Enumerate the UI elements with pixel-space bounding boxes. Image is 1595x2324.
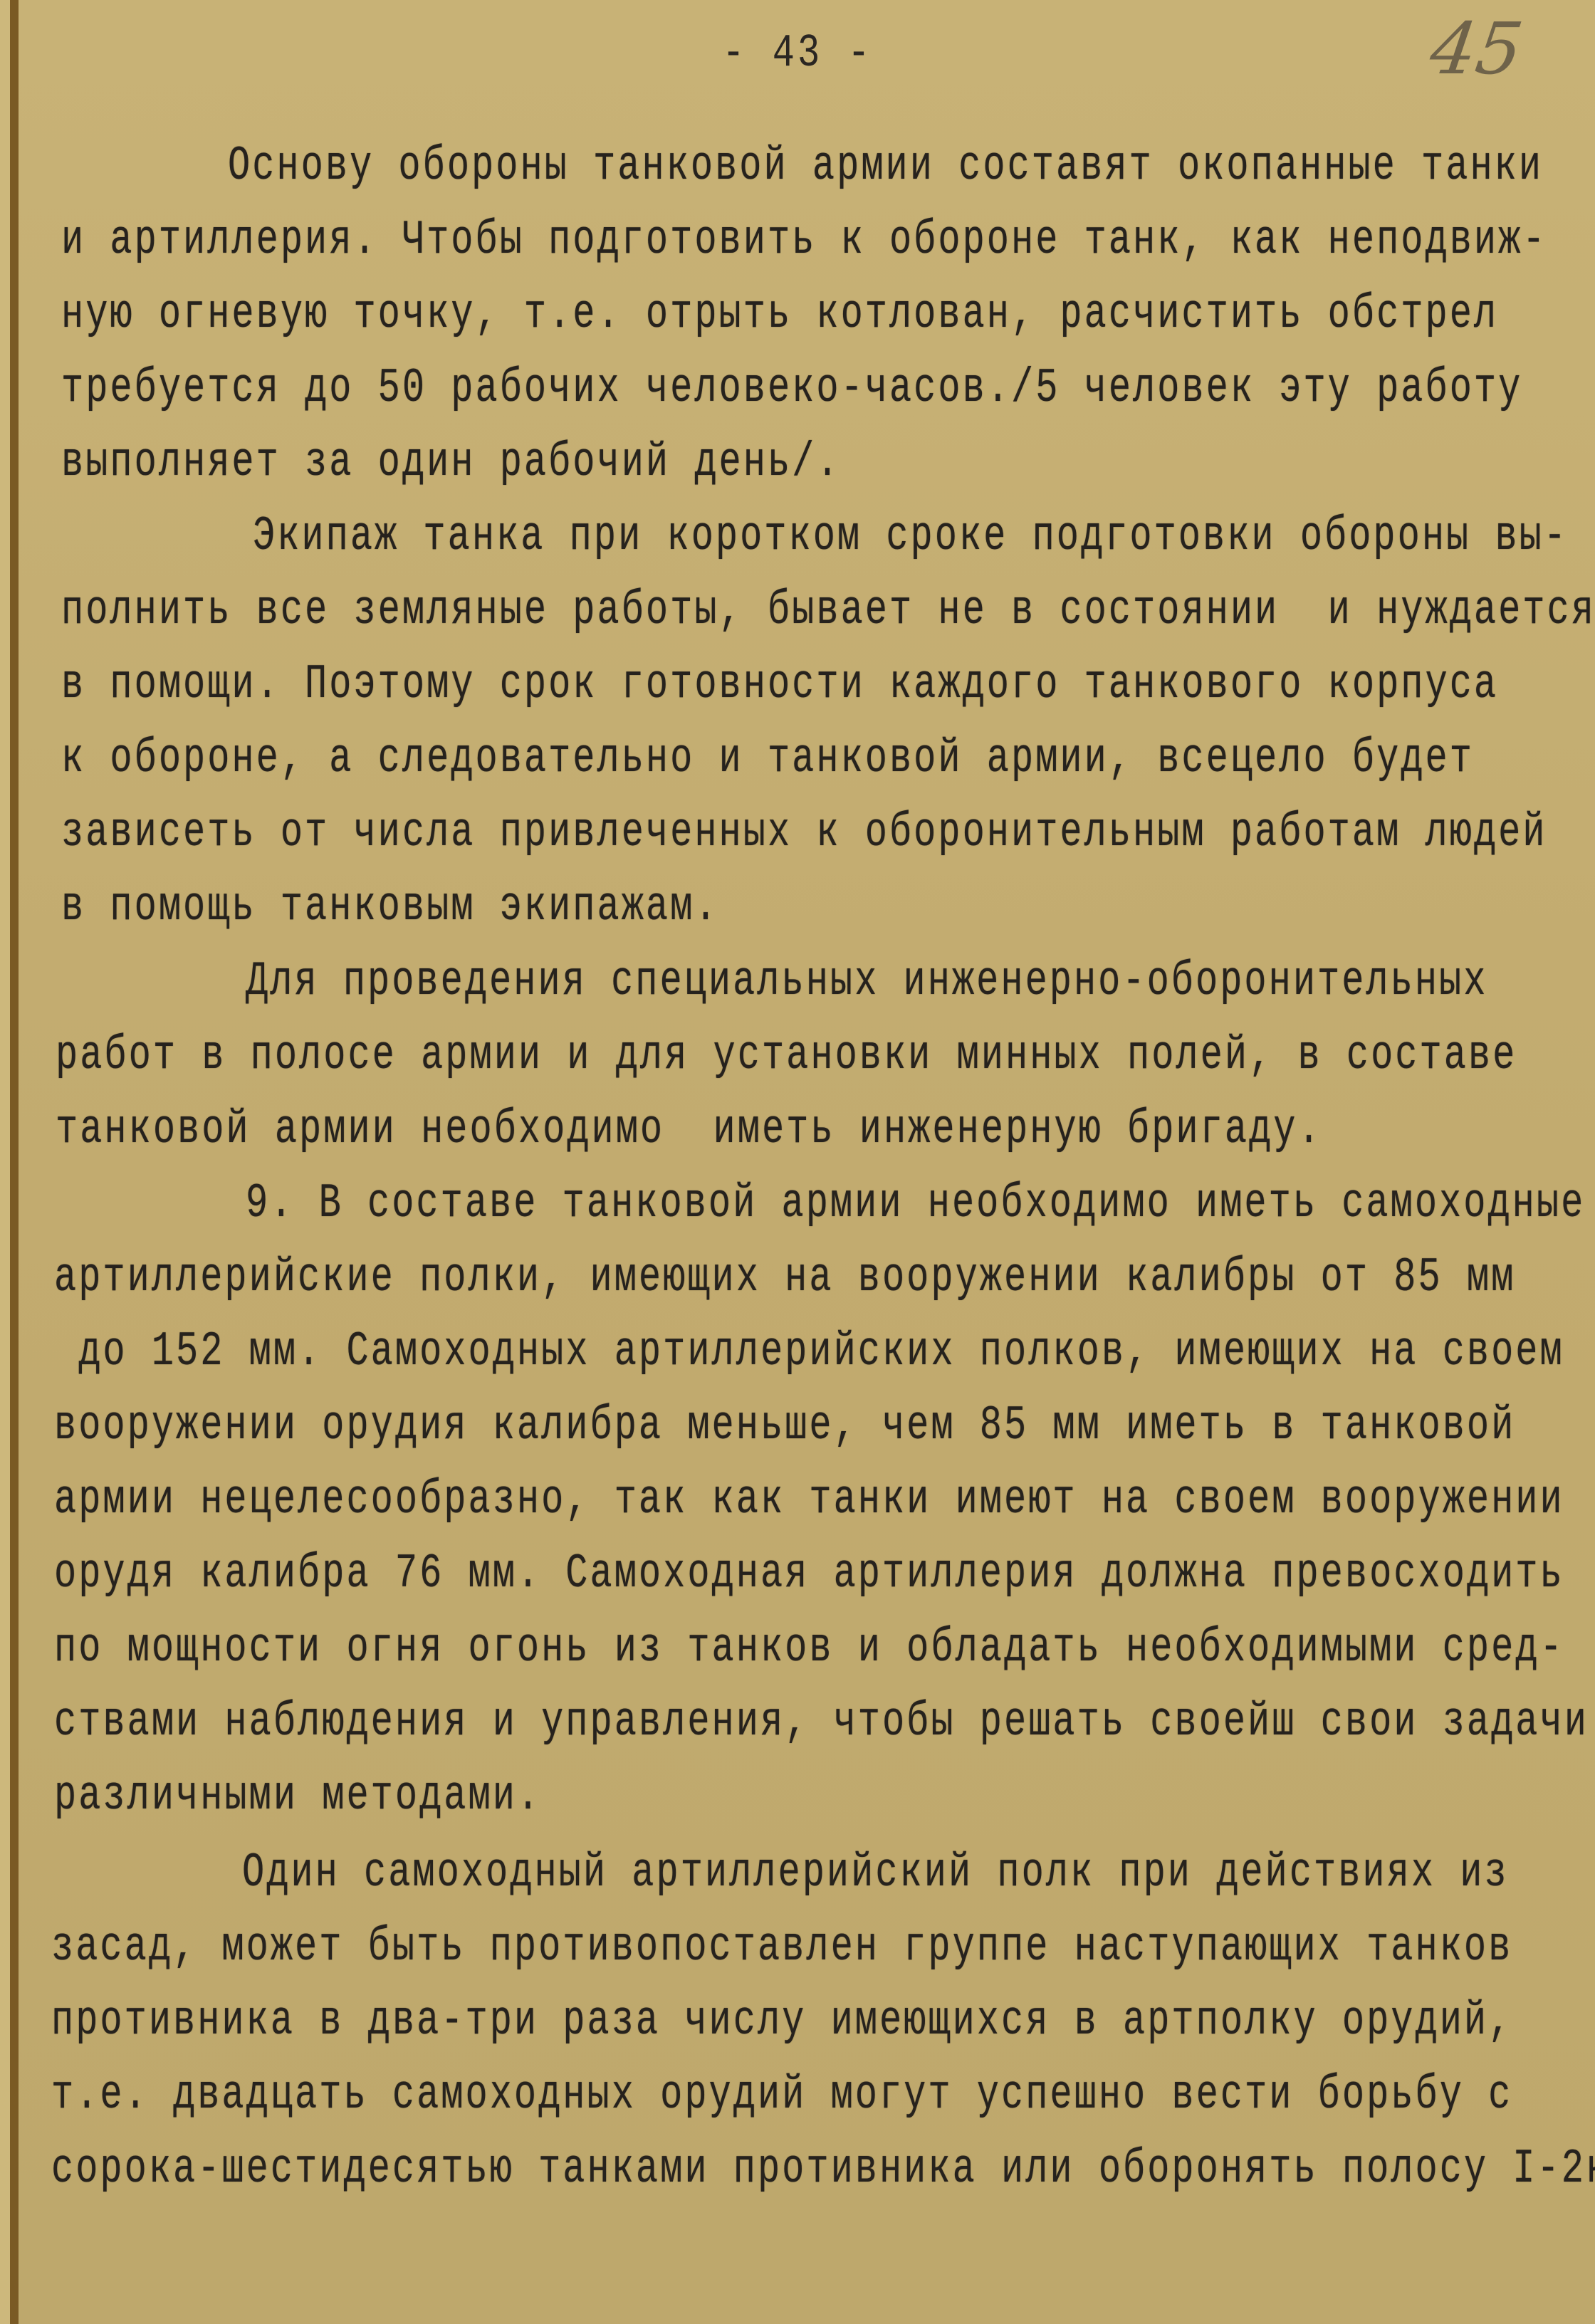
text-line: до 152 мм. Самоходных артиллерийских пол…: [54, 1324, 1564, 1379]
text-line: в помощи. Поэтому срок готовности каждог…: [61, 657, 1498, 712]
text-line: различными методами.: [54, 1769, 541, 1823]
text-line: зависеть от числа привлеченных к оборони…: [61, 805, 1547, 860]
text-line: танковой армии необходимо иметь инженерн…: [56, 1102, 1322, 1157]
text-line: 9. В составе танковой армии необходимо и…: [246, 1176, 1585, 1231]
text-line: и артиллерия. Чтобы подготовить к оборон…: [61, 213, 1547, 268]
text-line: Экипаж танка при коротком сроке подготов…: [253, 509, 1568, 564]
text-line: ствами наблюдения и управления, чтобы ре…: [54, 1695, 1589, 1749]
archive-folio-number: 45: [1426, 7, 1528, 90]
text-line: вооружении орудия калибра меньше, чем 85…: [54, 1398, 1515, 1453]
text-line: т.е. двадцать самоходных орудий могут ус…: [51, 2068, 1512, 2123]
text-line: ную огневую точку, т.е. отрыть котлован,…: [61, 287, 1498, 342]
text-line: противника в два-три раза числу имеющихс…: [51, 1994, 1512, 2048]
page-number: - 43 -: [0, 27, 1595, 80]
text-line: армии нецелесообразно, так как танки име…: [54, 1472, 1564, 1527]
page-edge: [0, 0, 10, 2324]
text-line: артиллерийские полки, имеющих на вооруже…: [54, 1250, 1515, 1305]
text-line: Один самоходный артиллерийский полк при …: [242, 1846, 1509, 1900]
text-line: Основу обороны танковой армии составят о…: [228, 139, 1543, 194]
text-line: к обороне, а следовательно и танковой ар…: [61, 731, 1474, 786]
binding-edge: [10, 0, 19, 2324]
text-line: работ в полосе армии и для установки мин…: [56, 1028, 1517, 1083]
text-line: по мощности огня огонь из танков и облад…: [54, 1621, 1564, 1675]
text-line: сорока-шестидесятью танками противника и…: [51, 2142, 1595, 2197]
text-line: полнить все земляные работы, бывает не в…: [61, 583, 1595, 638]
text-line: требуется до 50 рабочих человеко-часов./…: [61, 361, 1522, 416]
document-page: - 43 - 45 Основу обороны танковой армии …: [0, 0, 1595, 2324]
text-line: Для проведения специальных инженерно-обо…: [246, 954, 1487, 1009]
text-line: засад, может быть противопоставлен групп…: [51, 1920, 1512, 1974]
text-line: выполняет за один рабочий день/.: [61, 435, 841, 490]
text-line: в помощь танковым экипажам.: [61, 879, 719, 934]
text-line: орудя калибра 76 мм. Самоходная артиллер…: [54, 1546, 1564, 1601]
